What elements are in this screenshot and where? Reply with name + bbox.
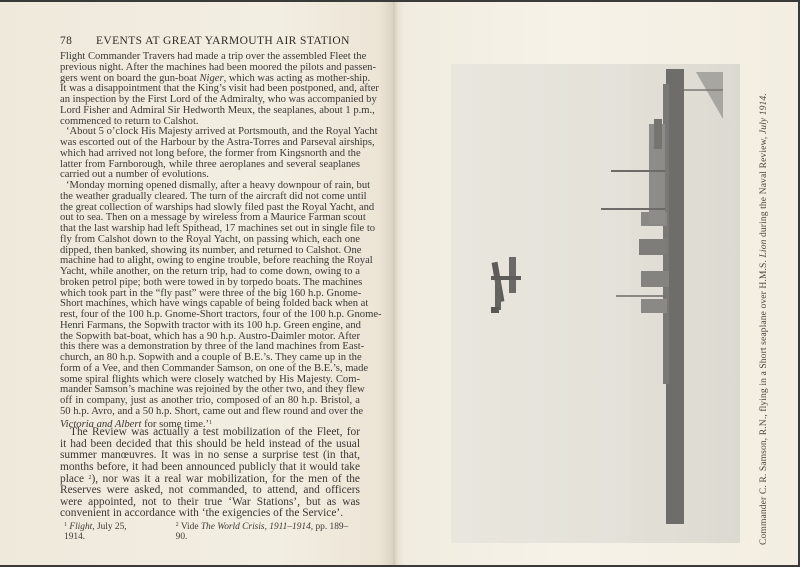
footnote-source: The World Crisis, 1911–1914	[201, 522, 311, 532]
text-span: , which was acting as mother-ship.	[224, 73, 371, 84]
text-line: months before, it had been announced pub…	[60, 462, 360, 474]
caption-text: Commander C. R. Samson, R.N., flying in …	[758, 258, 769, 546]
running-head: 78 EVENTS AT GREAT YARMOUTH AIR STATION	[60, 35, 365, 47]
caption-date: July 1914.	[758, 93, 769, 134]
footnote-mark: 1	[64, 522, 67, 528]
text-line: Henri Farmans, the Sopwith tractor with …	[60, 321, 360, 332]
text-line: 50 h.p. Avro, and a 50 h.p. Short, came …	[60, 407, 360, 418]
footnote-1: 1 Flight, July 25, 1914.	[64, 522, 150, 542]
text-line: which had arrived not long before, the f…	[60, 149, 360, 160]
ship-name-niger: Niger	[199, 73, 223, 84]
body-paragraph: The Review was actually a test mobilizat…	[60, 427, 360, 520]
caption-text: during the Naval Review,	[758, 134, 769, 239]
footnotes: 1 Flight, July 25, 1914. 2 Vide The Worl…	[64, 522, 359, 542]
footnote-text: Vide	[181, 522, 201, 532]
quoted-passage: Flight Commander Travers had made a trip…	[60, 52, 360, 428]
footnote-ref[interactable]: 1	[209, 420, 212, 426]
text-line: fly from Calshot down to the Royal Yacht…	[60, 235, 360, 246]
warship-seaplane-photo	[451, 64, 740, 543]
text-line: form of a Vee, and then Commander Samson…	[60, 364, 360, 375]
book-spread: 78 EVENTS AT GREAT YARMOUTH AIR STATION …	[0, 0, 800, 567]
text-line: convenient in accordance with ‘the exige…	[60, 508, 360, 520]
text-line: Lord Fisher and Admiral Sir Hedworth Meu…	[60, 106, 360, 117]
text-line: the weather gradually cleared. The turn …	[60, 192, 360, 203]
text-span: gers went on board the gun-boat	[60, 73, 199, 84]
text-line: Reserves were asked, not commanded, to a…	[60, 485, 360, 497]
text-line: broken petrol pipe; both were towed in b…	[60, 278, 360, 289]
page-number: 78	[60, 35, 96, 47]
footnote-2: 2 Vide The World Crisis, 1911–1914, pp. …	[176, 522, 359, 542]
footnote-source: Flight	[69, 522, 92, 532]
photo-plate	[451, 64, 740, 543]
plate-caption: Commander C. R. Samson, R.N., flying in …	[758, 35, 769, 545]
footnote-mark: 2	[176, 522, 179, 528]
text-line: The Review was actually a test mobilizat…	[60, 427, 360, 439]
left-page: 78 EVENTS AT GREAT YARMOUTH AIR STATION …	[0, 2, 395, 565]
ship-name-lion: Lion	[758, 240, 769, 258]
chapter-title: EVENTS AT GREAT YARMOUTH AIR STATION	[96, 35, 350, 47]
